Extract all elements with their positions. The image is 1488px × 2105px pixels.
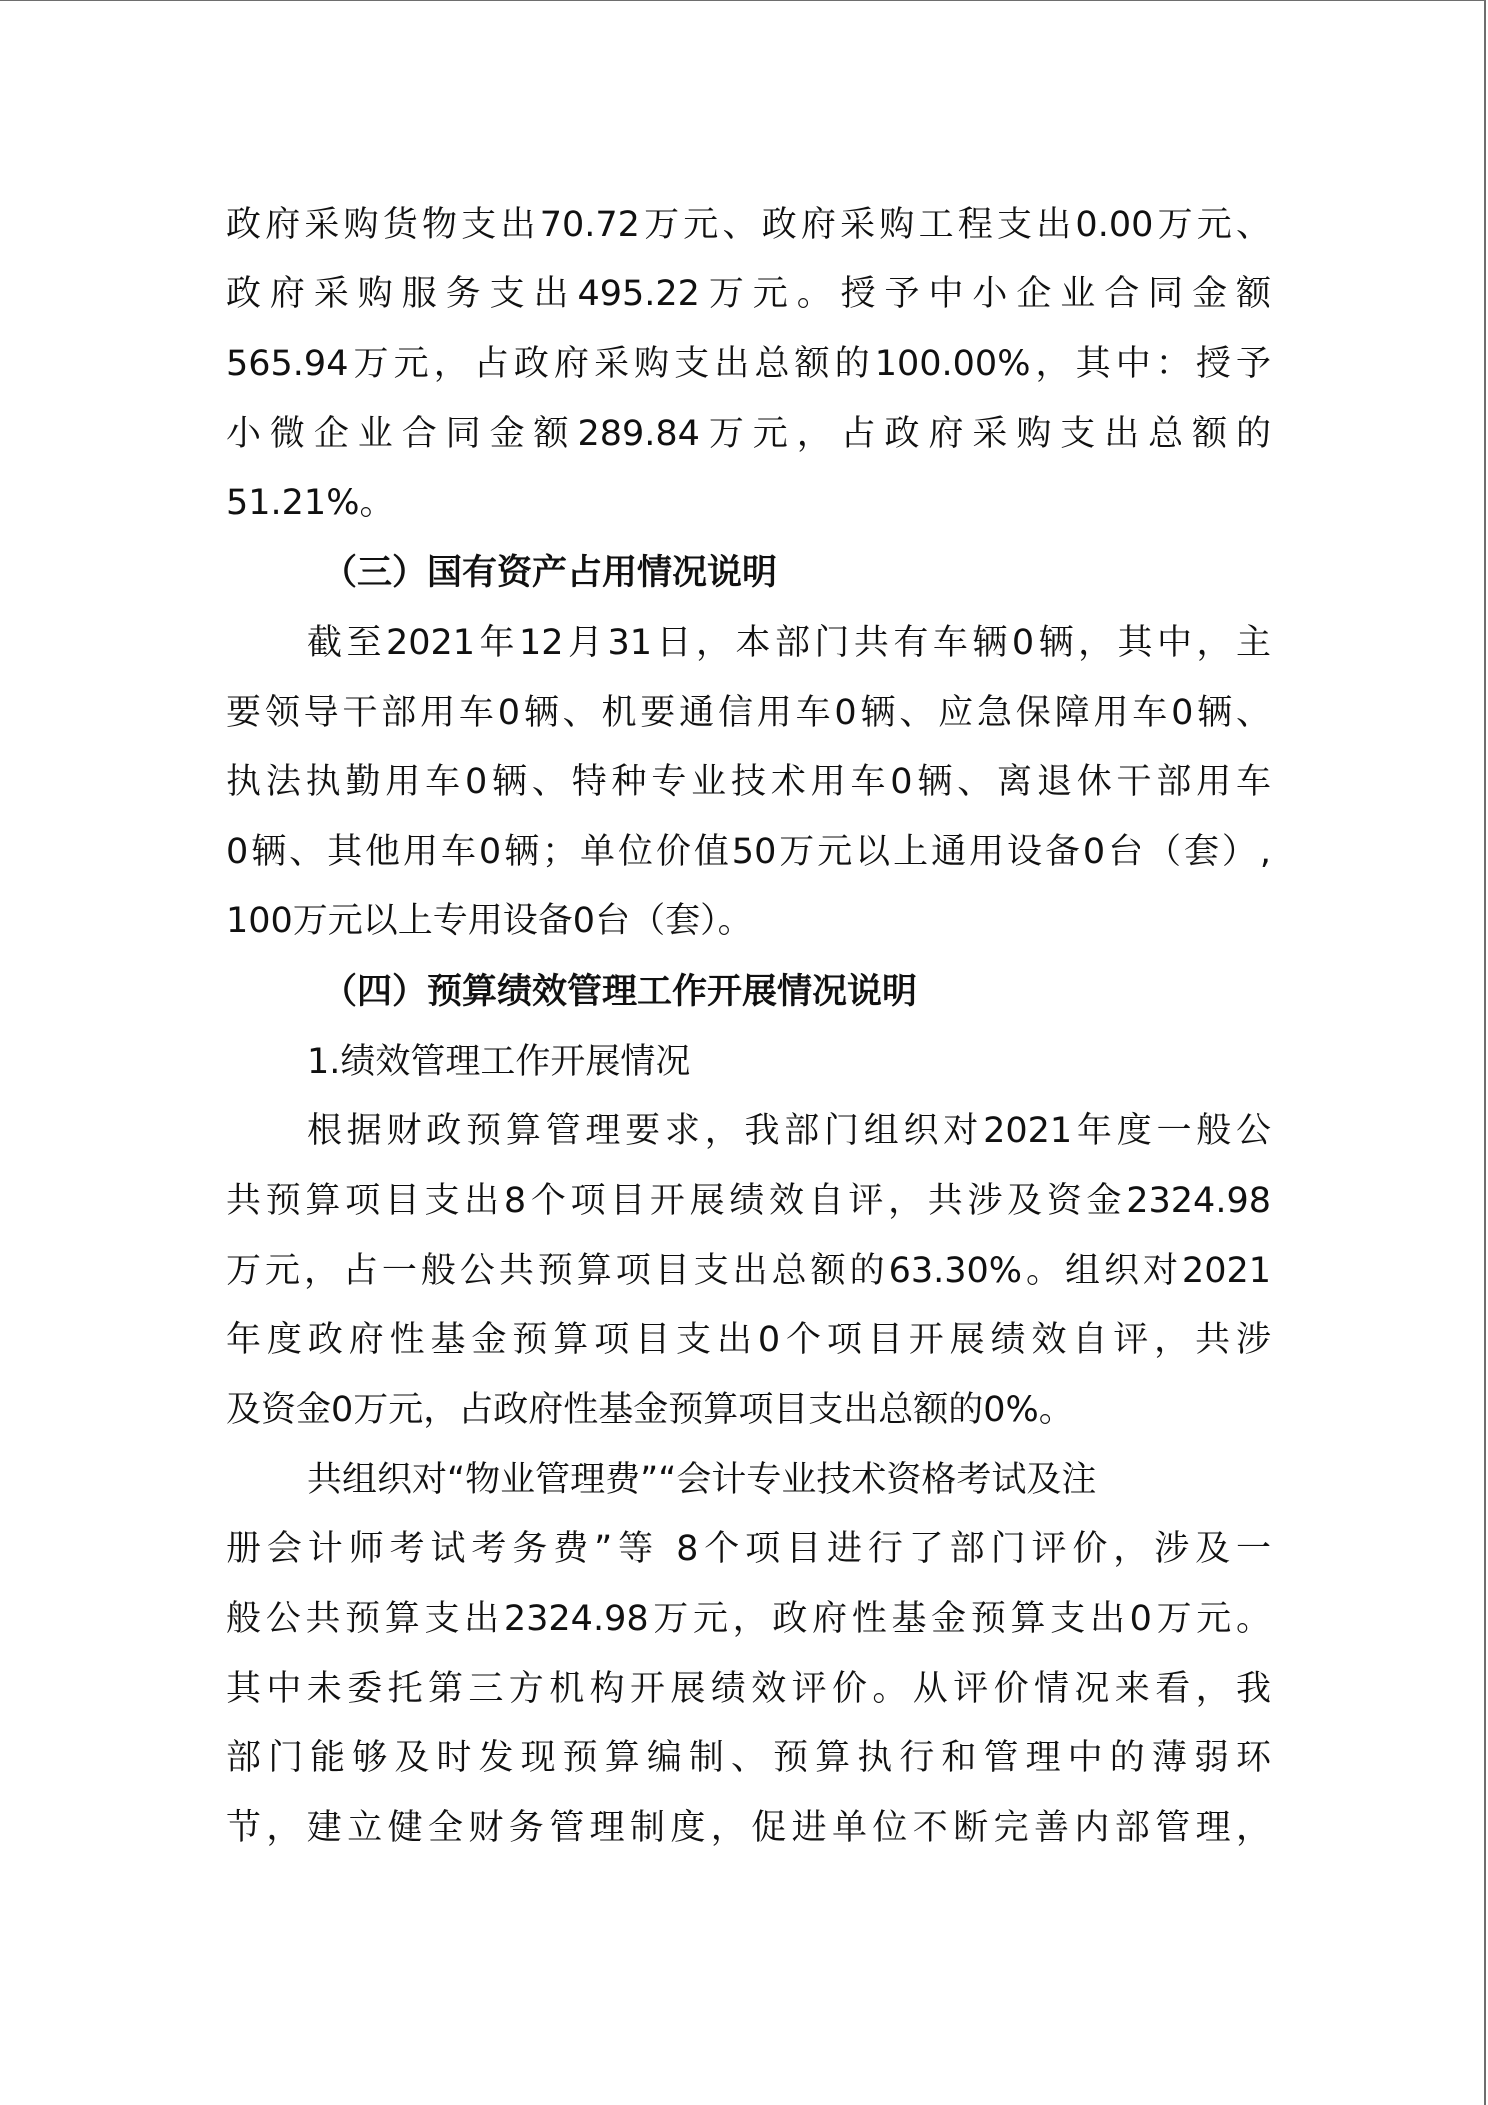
body-line: 其中未委托第三方机构开展绩效评价。从评价情况来看，我 (226, 1667, 1271, 1711)
body-line: 要领导干部用车0辆、机要通信用车0辆、应急保障用车0辆、 (226, 691, 1271, 735)
body-line: 万元，占一般公共预算项目支出总额的63.30%。组织对2021 (226, 1249, 1271, 1293)
body-line: 100万元以上专用设备0台（套）。 (226, 899, 1271, 943)
body-line: 共预算项目支出8个项目开展绩效自评，共涉及资金2324.98 (226, 1179, 1271, 1223)
body-line: 565.94万元，占政府采购支出总额的100.00%，其中：授予 (226, 342, 1271, 386)
paragraph-first-line: 共组织对“物业管理费”“会计专业技术资格考试及注 (307, 1458, 1096, 1502)
body-line: 册会计师考试考务费”等 8个项目进行了部门评价，涉及一 (226, 1527, 1271, 1571)
section-heading-state-assets: （三）国有资产占用情况说明 (322, 551, 777, 595)
body-line: 执法执勤用车0辆、特种专业技术用车0辆、离退休干部用车 (226, 760, 1271, 804)
paragraph-first-line: 根据财政预算管理要求，我部门组织对2021年度一般公 (307, 1109, 1271, 1153)
body-line: 节，建立健全财务管理制度，促进单位不断完善内部管理， (226, 1806, 1271, 1850)
body-line: 般公共预算支出2324.98万元，政府性基金预算支出0万元。 (226, 1597, 1271, 1641)
body-line: 及资金0万元，占政府性基金预算项目支出总额的0%。 (226, 1388, 1271, 1432)
body-line: 51.21%。 (226, 481, 1271, 525)
document-page: 政府采购货物支出70.72万元、政府采购工程支出0.00万元、 政府采购服务支出… (0, 0, 1486, 2105)
section-heading-performance-management: （四）预算绩效管理工作开展情况说明 (322, 970, 917, 1014)
body-line: 政府采购服务支出495.22万元。授予中小企业合同金额 (226, 272, 1271, 316)
body-line: 年度政府性基金预算项目支出0个项目开展绩效自评，共涉 (226, 1318, 1271, 1362)
body-line: 政府采购货物支出70.72万元、政府采购工程支出0.00万元、 (226, 203, 1271, 247)
subsection-heading: 1.绩效管理工作开展情况 (307, 1040, 690, 1084)
body-line: 小微企业合同金额289.84万元，占政府采购支出总额的 (226, 412, 1271, 456)
body-line: 0辆、其他用车0辆；单位价值50万元以上通用设备0台（套）, (226, 830, 1271, 874)
body-line: 部门能够及时发现预算编制、预算执行和管理中的薄弱环 (226, 1736, 1271, 1780)
paragraph-first-line: 截至2021年12月31日，本部门共有车辆0辆，其中，主 (307, 621, 1271, 665)
